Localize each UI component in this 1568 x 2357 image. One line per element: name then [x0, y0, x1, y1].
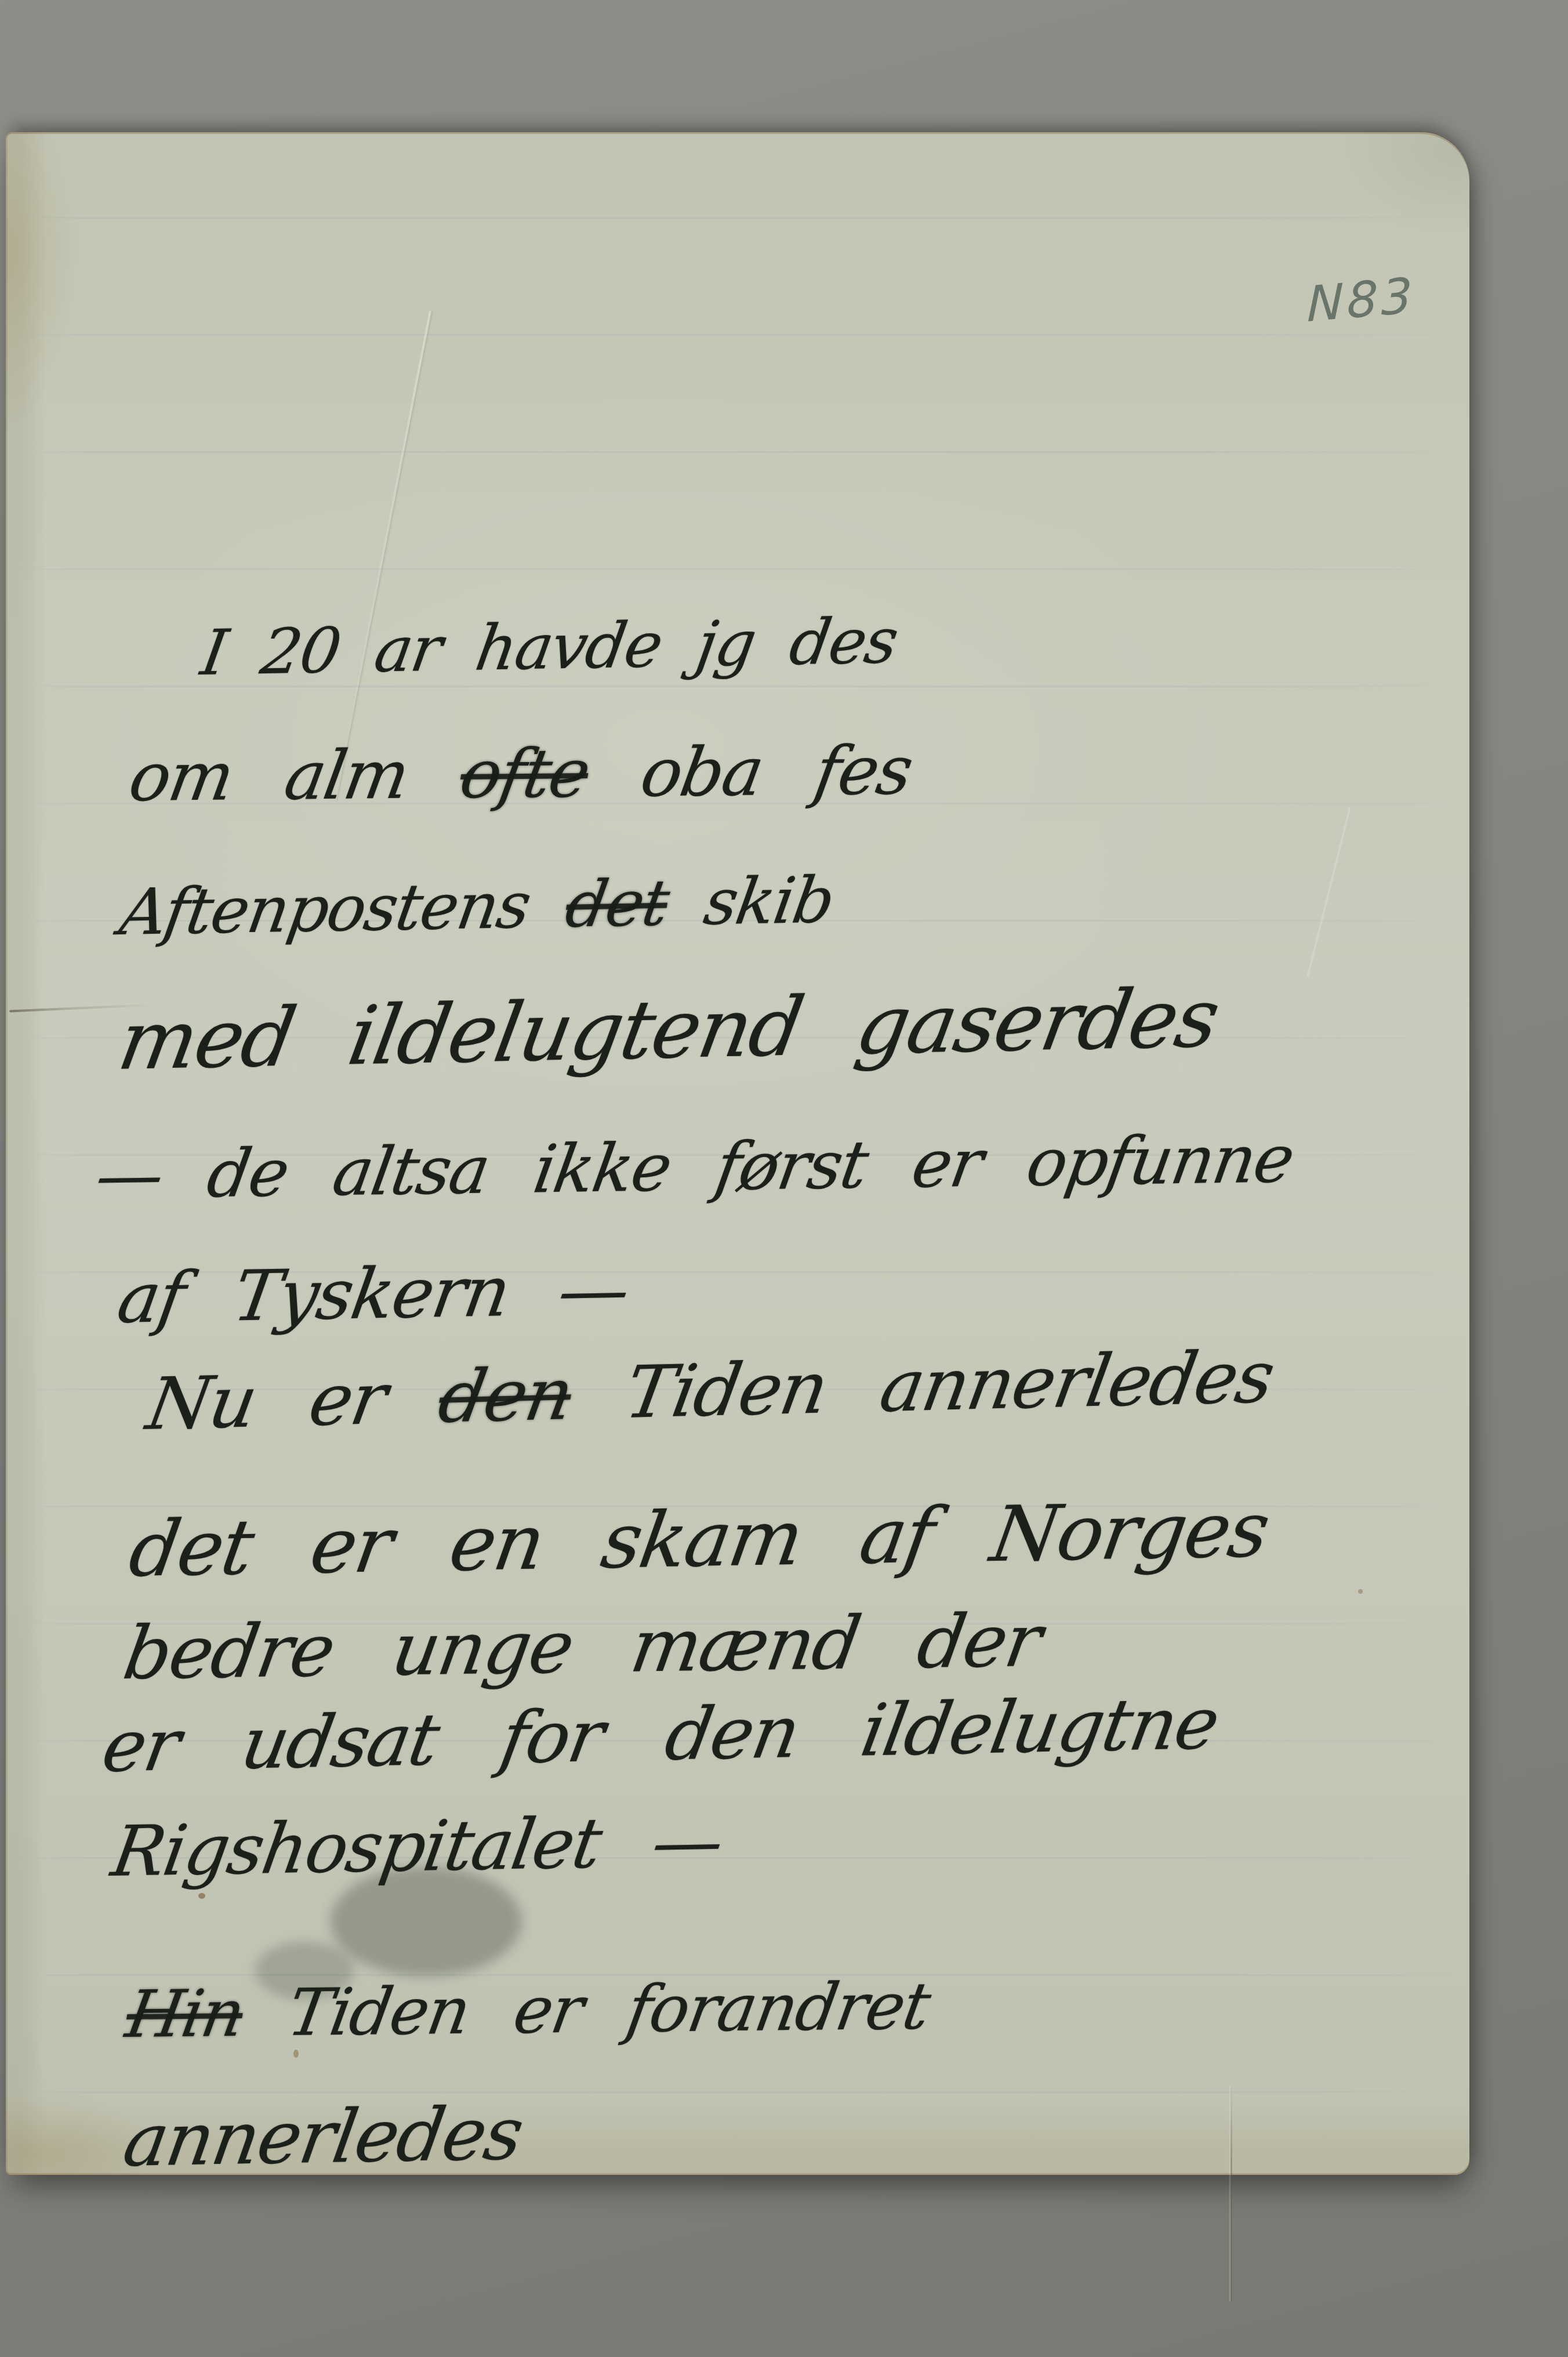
handwritten-line-5: — de altsa ikke først er opfunne: [92, 1126, 1298, 1209]
handwritten-text: skib: [662, 863, 839, 940]
handwritten-line-11: Rigshospitalet —: [107, 1807, 727, 1887]
handwritten-text: I 20 ar havde jg des: [197, 605, 902, 690]
handwritten-line-9: bedre unge mænd der: [119, 1604, 1046, 1690]
handwritten-line-8: det er en skam af Norges: [125, 1492, 1273, 1588]
struck-word: Hin: [121, 1976, 249, 2053]
handwritten-text: af Tyskern —: [112, 1250, 634, 1339]
handwritten-line-4: med ildelugtend gaserdes: [113, 978, 1224, 1082]
handwritten-text: bedre unge mænd der: [118, 1598, 1046, 1696]
manuscript-page: N83 I 20 ar havde jg des om alm ofte oba…: [6, 132, 1469, 2175]
handwritten-text: Nu er: [141, 1356, 447, 1446]
paper-stain-dot: [198, 1893, 205, 1899]
handwritten-text: oba fes: [582, 731, 917, 813]
handwritten-line-12: Hin Tiden er forandret: [122, 1974, 934, 2047]
handwritten-text: Rigshospitalet —: [107, 1801, 728, 1892]
handwritten-line-3: Aftenpostens det skib: [116, 868, 838, 944]
handwritten-text: om alm: [124, 735, 467, 817]
handwritten-text: Tiden annerledes: [564, 1336, 1279, 1436]
struck-word: den: [433, 1352, 579, 1439]
handwritten-text: Tiden er forandret: [237, 1969, 935, 2051]
handwritten-line-6: af Tyskern —: [113, 1256, 633, 1334]
handwritten-text: annerledes: [118, 2091, 528, 2183]
scanner-background: N83 I 20 ar havde jg des om alm ofte oba…: [0, 0, 1568, 2357]
handwritten-line-1: I 20 ar havde jg des: [197, 610, 901, 685]
struck-word: ofte: [455, 734, 595, 814]
paper-stain-dot: [1358, 1589, 1363, 1594]
catalog-number: N83: [1306, 267, 1416, 333]
struck-word: det: [561, 866, 673, 942]
handwritten-text: Aftenpostens: [115, 868, 573, 949]
paper-stain-dot: [293, 2050, 299, 2058]
handwritten-line-13: annerledes: [119, 2097, 527, 2177]
handwritten-line-10: er udsat for den ildelugtne: [97, 1688, 1223, 1783]
handwritten-line-2: om alm ofte oba fes: [125, 737, 916, 811]
